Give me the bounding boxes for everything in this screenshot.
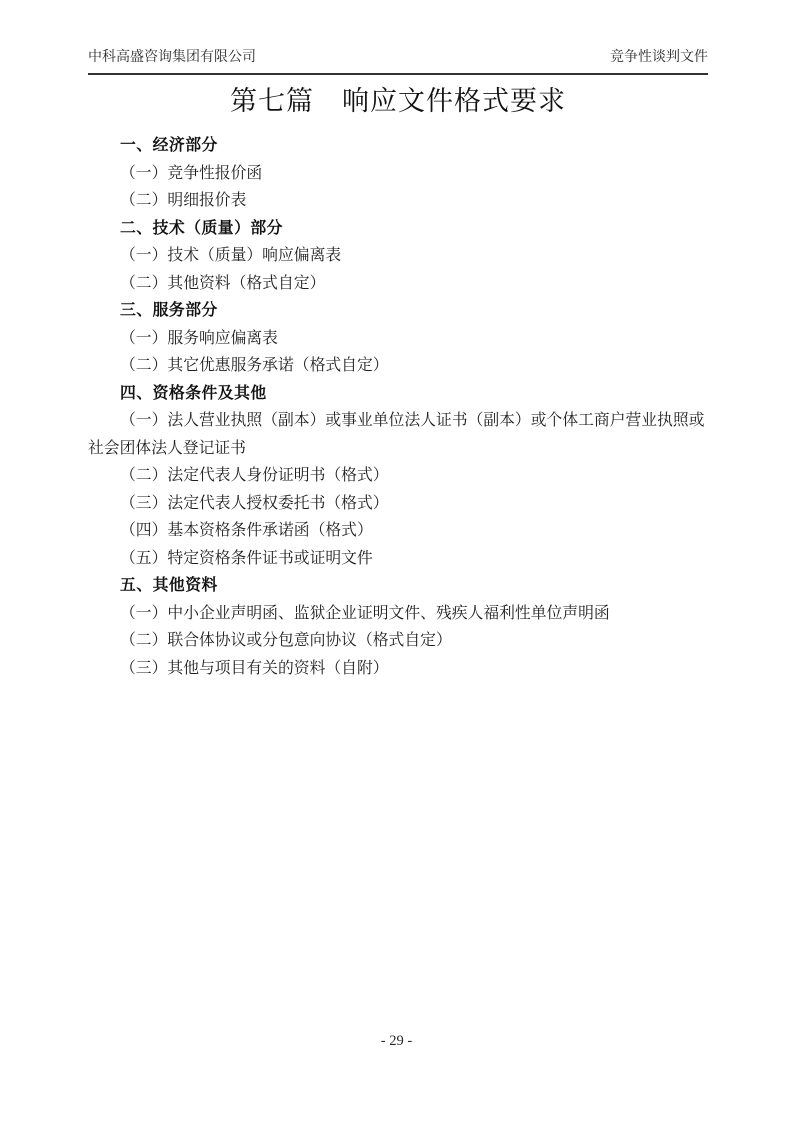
- section-item: （三）其他与项目有关的资料（自附）: [88, 655, 708, 683]
- section-item: （一）服务响应偏离表: [88, 325, 708, 353]
- page-footer: - 29 -: [0, 1033, 793, 1050]
- section-item: （一）技术（质量）响应偏离表: [88, 242, 708, 270]
- page-header: 中科高盛咨询集团有限公司 竞争性谈判文件: [88, 49, 708, 67]
- section-item: （二）其他资料（格式自定）: [88, 270, 708, 298]
- document-body: 一、经济部分（一）竞争性报价函（二）明细报价表二、技术（质量）部分（一）技术（质…: [88, 132, 708, 682]
- section-heading: 四、资格条件及其他: [88, 380, 708, 408]
- page-title: 第七篇 响应文件格式要求: [88, 83, 708, 119]
- header-divider: [88, 73, 708, 75]
- section-item: （四）基本资格条件承诺函（格式）: [88, 517, 708, 545]
- section-item: （一）竞争性报价函: [88, 160, 708, 188]
- header-document-type: 竞争性谈判文件: [610, 49, 708, 67]
- section-item: （二）法定代表人身份证明书（格式）: [88, 462, 708, 490]
- section-item: （一）中小企业声明函、监狱企业证明文件、残疾人福利性单位声明函: [88, 600, 708, 628]
- section-item: （一）法人营业执照（副本）或事业单位法人证书（副本）或个体工商户营业执照或社会团…: [88, 407, 708, 462]
- section-heading: 三、服务部分: [88, 297, 708, 325]
- page-number: - 29 -: [381, 1033, 412, 1049]
- section-item: （三）法定代表人授权委托书（格式）: [88, 490, 708, 518]
- section-item: （二）明细报价表: [88, 187, 708, 215]
- section-item: （二）联合体协议或分包意向协议（格式自定）: [88, 627, 708, 655]
- section-item: （五）特定资格条件证书或证明文件: [88, 545, 708, 573]
- header-company-name: 中科高盛咨询集团有限公司: [88, 49, 256, 67]
- section-item: （二）其它优惠服务承诺（格式自定）: [88, 352, 708, 380]
- section-heading: 二、技术（质量）部分: [88, 215, 708, 243]
- section-heading: 五、其他资料: [88, 572, 708, 600]
- document-page: 中科高盛咨询集团有限公司 竞争性谈判文件 第七篇 响应文件格式要求 一、经济部分…: [0, 0, 793, 1122]
- section-heading: 一、经济部分: [88, 132, 708, 160]
